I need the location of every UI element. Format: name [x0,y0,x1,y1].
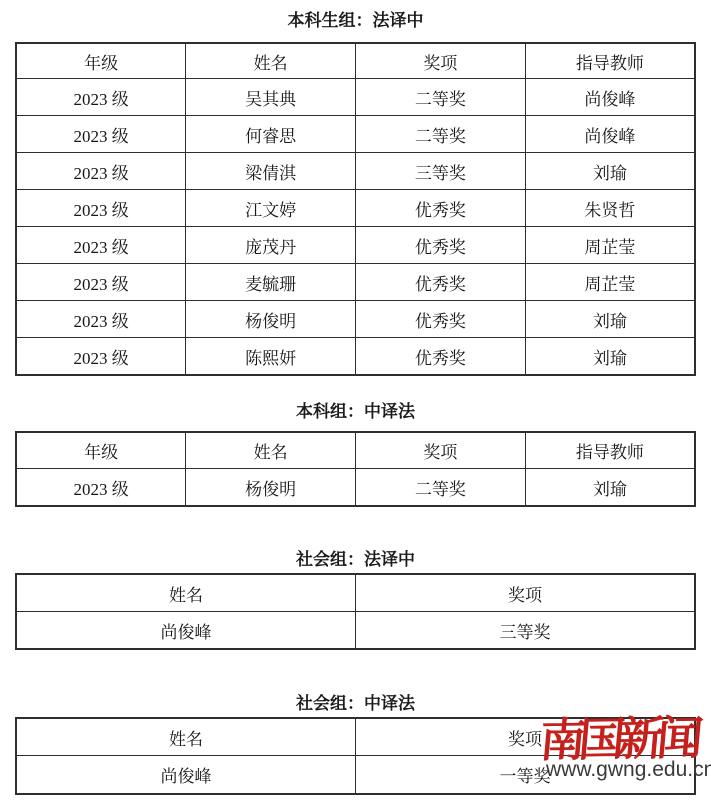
header-row: 年级姓名奖项指导教师 [16,43,695,79]
table-cell: 尚俊峰 [525,79,695,116]
table-cell: 2023 级 [16,79,186,116]
table-row: 2023 级杨俊明二等奖刘瑜 [16,469,695,507]
column-header: 年级 [16,43,186,79]
column-header: 姓名 [16,574,356,612]
header-row: 姓名奖项 [16,718,695,756]
table-cell: 2023 级 [16,469,186,507]
table-row: 2023 级江文婷优秀奖朱贤哲 [16,190,695,227]
table-cell: 优秀奖 [356,301,526,338]
table-cell: 优秀奖 [356,264,526,301]
table-cell: 杨俊明 [186,301,356,338]
column-header: 奖项 [356,43,526,79]
table-cell: 杨俊明 [186,469,356,507]
table-title: 本科生组：法译中 [15,10,696,32]
table-cell: 周芷莹 [525,264,695,301]
column-header: 奖项 [356,574,696,612]
table-cell: 三等奖 [356,153,526,190]
section-undergrad-zh-to-fr: 本科组：中译法 年级姓名奖项指导教师 2023 级杨俊明二等奖刘瑜 [15,401,696,507]
table-cell: 尚俊峰 [16,756,356,795]
section-public-fr-to-zh: 社会组：法译中 姓名奖项 尚俊峰三等奖 [15,549,696,650]
awards-table-public-fr-to-zh: 姓名奖项 尚俊峰三等奖 [15,573,696,650]
table-cell: 麦毓珊 [186,264,356,301]
table-cell: 尚俊峰 [16,612,356,650]
table-cell: 2023 级 [16,301,186,338]
table-cell: 二等奖 [356,116,526,153]
column-header: 姓名 [186,43,356,79]
column-header: 奖项 [356,718,696,756]
table-cell: 刘瑜 [525,469,695,507]
table-row: 2023 级庞茂丹优秀奖周芷莹 [16,227,695,264]
table-cell: 庞茂丹 [186,227,356,264]
table-cell: 吴其典 [186,79,356,116]
header-row: 年级姓名奖项指导教师 [16,432,695,469]
column-header: 奖项 [356,432,526,469]
table-row: 尚俊峰一等奖 [16,756,695,795]
awards-table-undergrad-zh-to-fr: 年级姓名奖项指导教师 2023 级杨俊明二等奖刘瑜 [15,431,696,507]
header-row: 姓名奖项 [16,574,695,612]
table-row: 2023 级麦毓珊优秀奖周芷莹 [16,264,695,301]
table-cell: 刘瑜 [525,153,695,190]
table-row: 2023 级杨俊明优秀奖刘瑜 [16,301,695,338]
table-cell: 何睿思 [186,116,356,153]
column-header: 年级 [16,432,186,469]
table-cell: 优秀奖 [356,338,526,376]
section-public-zh-to-fr: 社会组：中译法 姓名奖项 尚俊峰一等奖 [15,693,696,795]
table-cell: 尚俊峰 [525,116,695,153]
table-title: 社会组：中译法 [15,693,696,715]
table-cell: 三等奖 [356,612,696,650]
table-cell: 梁倩淇 [186,153,356,190]
table-cell: 2023 级 [16,264,186,301]
table-title: 社会组：法译中 [15,549,696,571]
award-document: 本科生组：法译中 年级姓名奖项指导教师 2023 级吴其典二等奖尚俊峰2023 … [15,10,696,795]
column-header: 指导教师 [525,432,695,469]
table-cell: 2023 级 [16,153,186,190]
awards-table-public-zh-to-fr: 姓名奖项 尚俊峰一等奖 [15,717,696,795]
table-cell: 二等奖 [356,469,526,507]
awards-table-undergrad-fr-to-zh: 年级姓名奖项指导教师 2023 级吴其典二等奖尚俊峰2023 级何睿思二等奖尚俊… [15,42,696,376]
section-undergrad-fr-to-zh: 本科生组：法译中 年级姓名奖项指导教师 2023 级吴其典二等奖尚俊峰2023 … [15,10,696,376]
table-row: 尚俊峰三等奖 [16,612,695,650]
table-cell: 二等奖 [356,79,526,116]
table-cell: 刘瑜 [525,301,695,338]
table-cell: 2023 级 [16,338,186,376]
column-header: 指导教师 [525,43,695,79]
table-row: 2023 级陈熙妍优秀奖刘瑜 [16,338,695,376]
table-title: 本科组：中译法 [15,401,696,423]
column-header: 姓名 [186,432,356,469]
table-row: 2023 级梁倩淇三等奖刘瑜 [16,153,695,190]
table-cell: 优秀奖 [356,190,526,227]
table-cell: 刘瑜 [525,338,695,376]
table-cell: 2023 级 [16,116,186,153]
table-cell: 朱贤哲 [525,190,695,227]
table-cell: 一等奖 [356,756,696,795]
table-cell: 江文婷 [186,190,356,227]
table-cell: 周芷莹 [525,227,695,264]
table-row: 2023 级吴其典二等奖尚俊峰 [16,79,695,116]
table-cell: 优秀奖 [356,227,526,264]
column-header: 姓名 [16,718,356,756]
table-row: 2023 级何睿思二等奖尚俊峰 [16,116,695,153]
table-cell: 2023 级 [16,190,186,227]
table-cell: 陈熙妍 [186,338,356,376]
table-cell: 2023 级 [16,227,186,264]
